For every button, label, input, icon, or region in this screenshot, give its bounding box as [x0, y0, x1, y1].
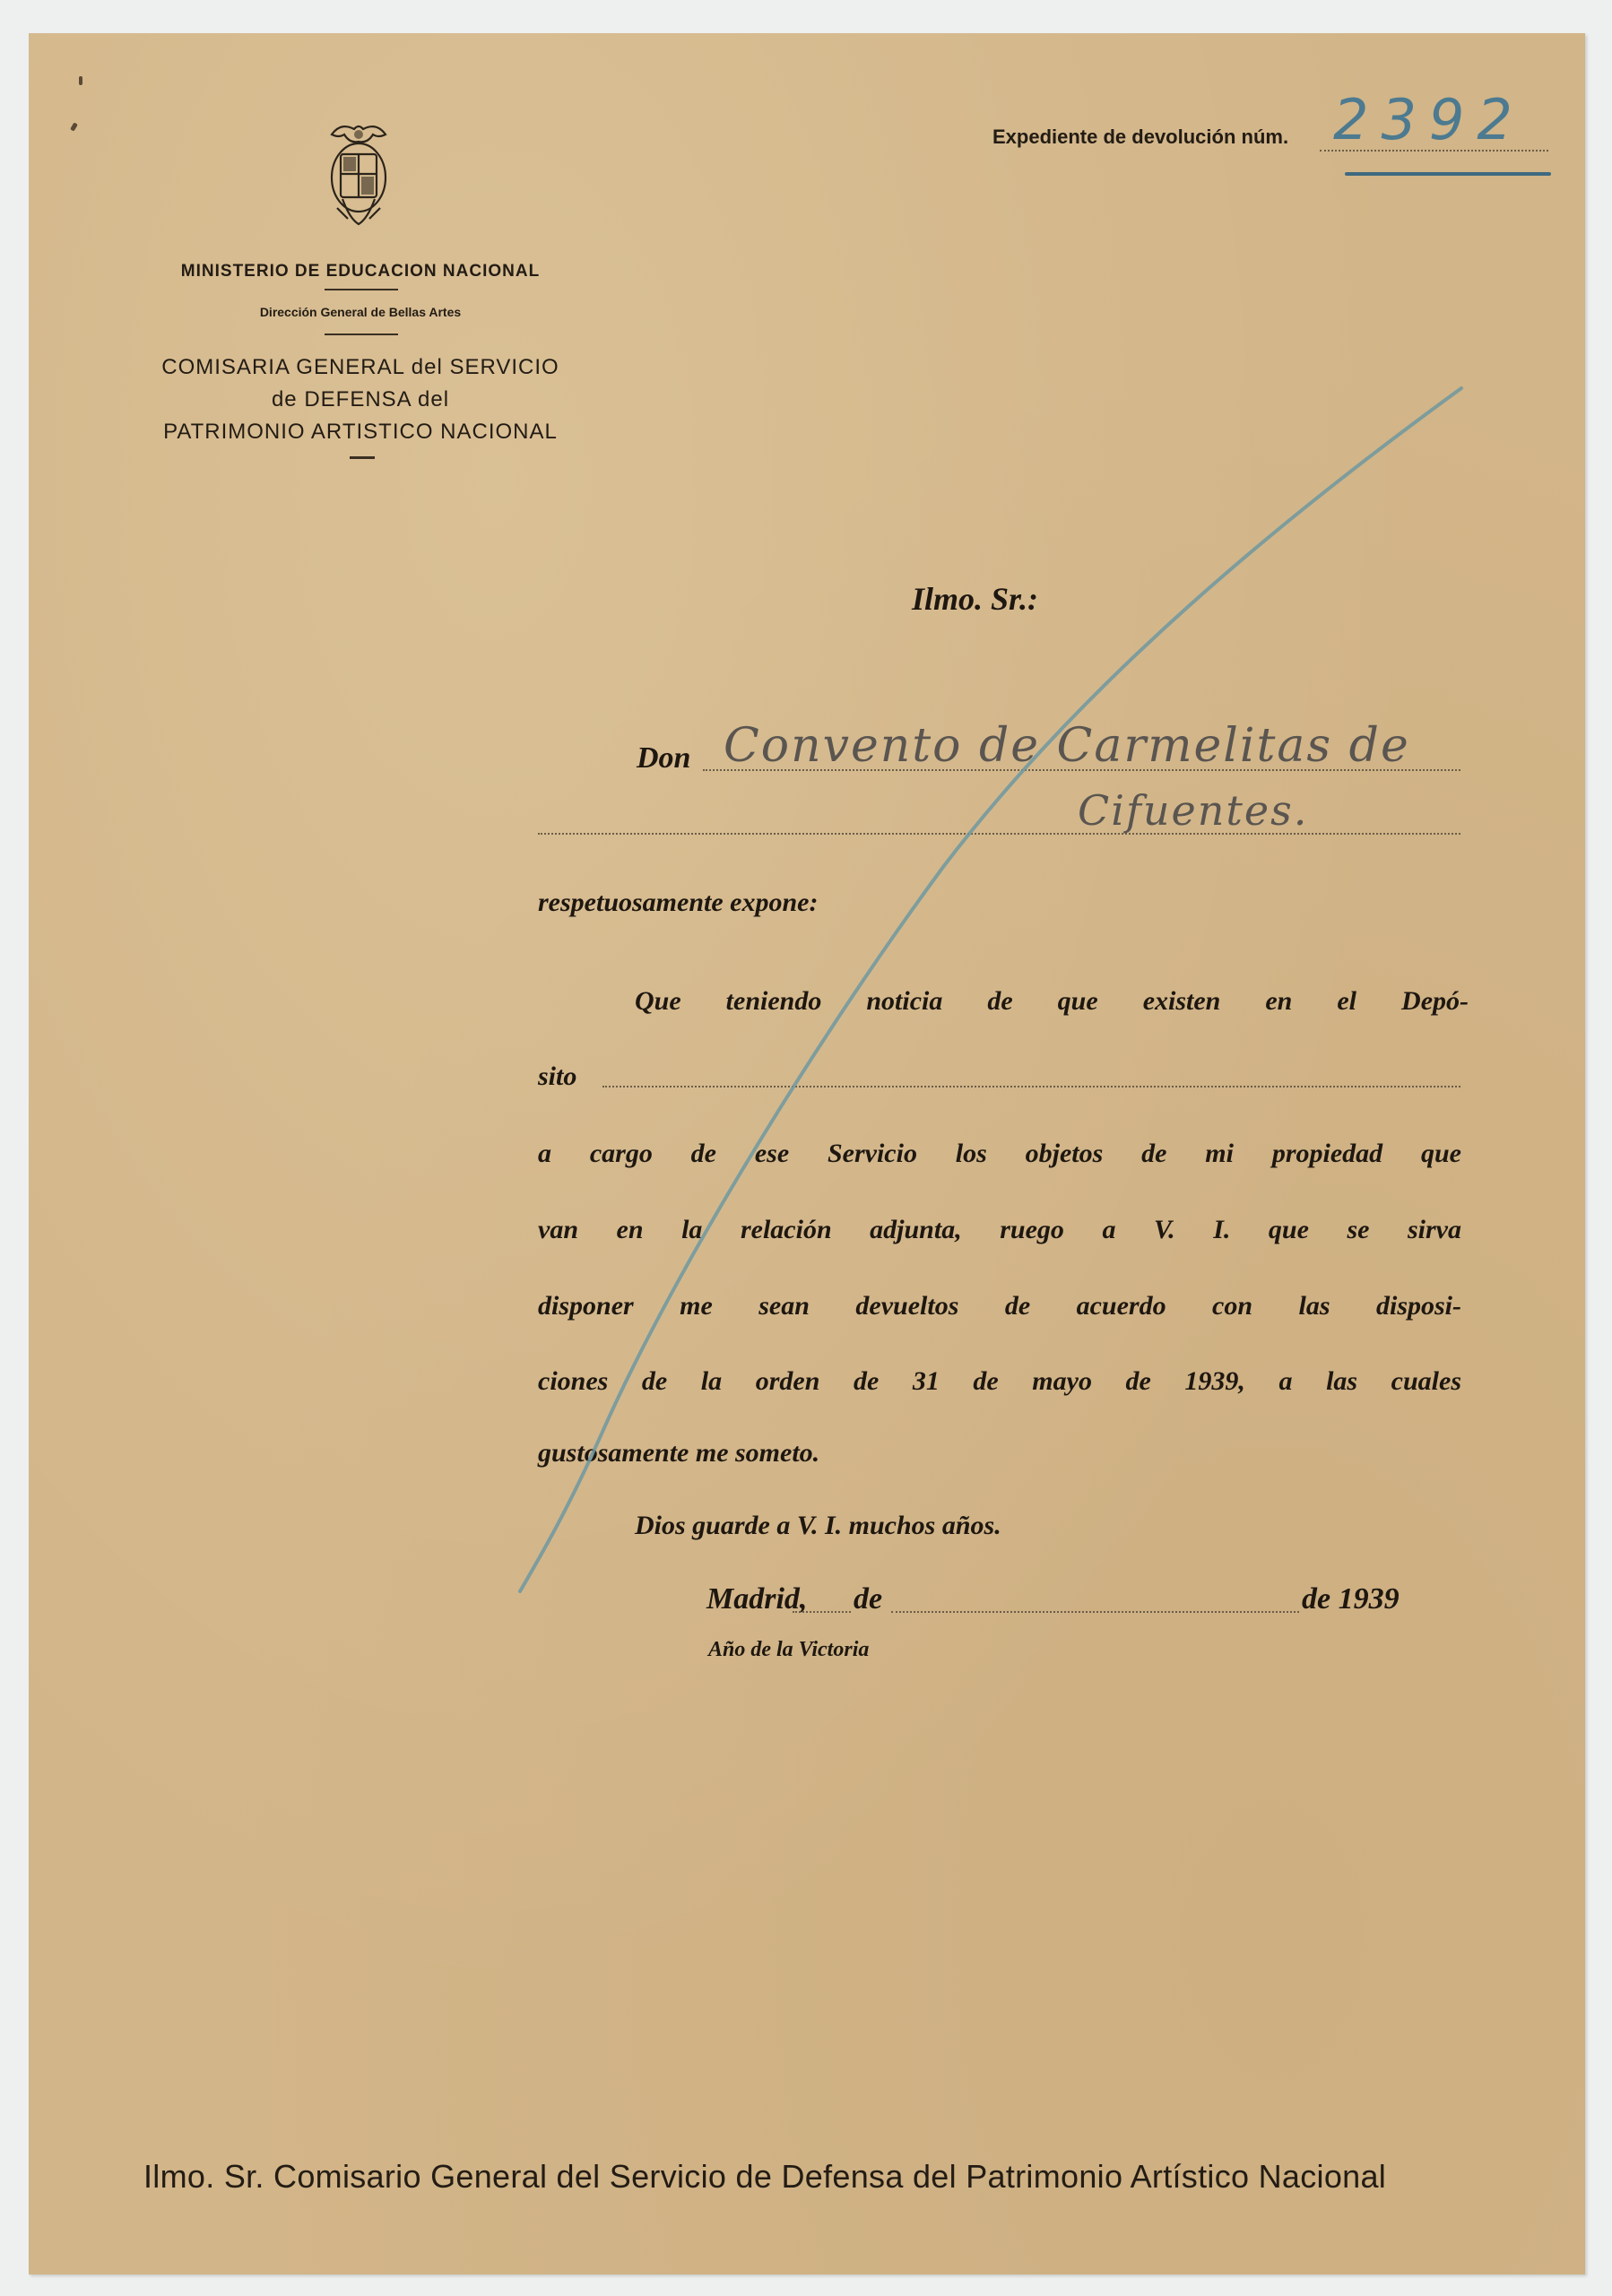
body-line: disponer me sean devueltos de acuerdo co…	[538, 1291, 1461, 1321]
date-year: de 1939	[1302, 1582, 1400, 1616]
body-line: Que teniendo noticia de que existen en e…	[635, 986, 1469, 1017]
file-number-label: Expediente de devolución núm.	[992, 126, 1288, 149]
requester-town-handwritten: Cifuentes.	[1078, 786, 1308, 835]
file-number-value: 2392	[1333, 87, 1525, 152]
body-line: van en la relación adjunta, ruego a V. I…	[538, 1215, 1461, 1245]
coat-of-arms-icon	[314, 118, 403, 230]
addressee-footer: Ilmo. Sr. Comisario General del Servicio…	[143, 2158, 1386, 2196]
paper-mark	[70, 122, 78, 131]
requester-name-field-line2	[538, 833, 1460, 835]
paper-mark	[79, 76, 82, 85]
header-divider	[325, 289, 398, 290]
requester-name-handwritten: Convento de Carmelitas de	[724, 719, 1410, 773]
ministry-name: MINISTERIO DE EDUCACION NACIONAL	[136, 262, 585, 282]
file-number-underline	[1345, 172, 1551, 176]
date-day-field	[793, 1611, 851, 1613]
date-month-field	[891, 1611, 1299, 1613]
date-motto: Año de la Victoria	[708, 1638, 869, 1662]
document-page: MINISTERIO DE EDUCACION NACIONAL Direcci…	[29, 33, 1585, 2274]
deposit-name-field	[602, 1086, 1460, 1087]
salutation: Ilmo. Sr.:	[912, 580, 1038, 618]
closing-formula: Dios guarde a V. I. muchos años.	[635, 1511, 1001, 1541]
directorate-name: Dirección General de Bellas Artes	[136, 305, 585, 319]
body-line: sito	[538, 1061, 576, 1092]
header-divider	[325, 334, 398, 335]
body-line: ciones de la orden de 31 de mayo de 1939…	[538, 1366, 1461, 1397]
body-line: a cargo de ese Servicio los objetos de m…	[538, 1139, 1461, 1169]
body-line: gustosamente me someto.	[538, 1438, 819, 1469]
commissariat-name: COMISARIA GENERAL del SERVICIO de DEFENS…	[118, 351, 602, 448]
body-intro: respetuosamente expone:	[538, 888, 818, 918]
don-label: Don	[637, 741, 690, 775]
header-divider	[350, 456, 375, 459]
date-de: de	[854, 1582, 882, 1616]
